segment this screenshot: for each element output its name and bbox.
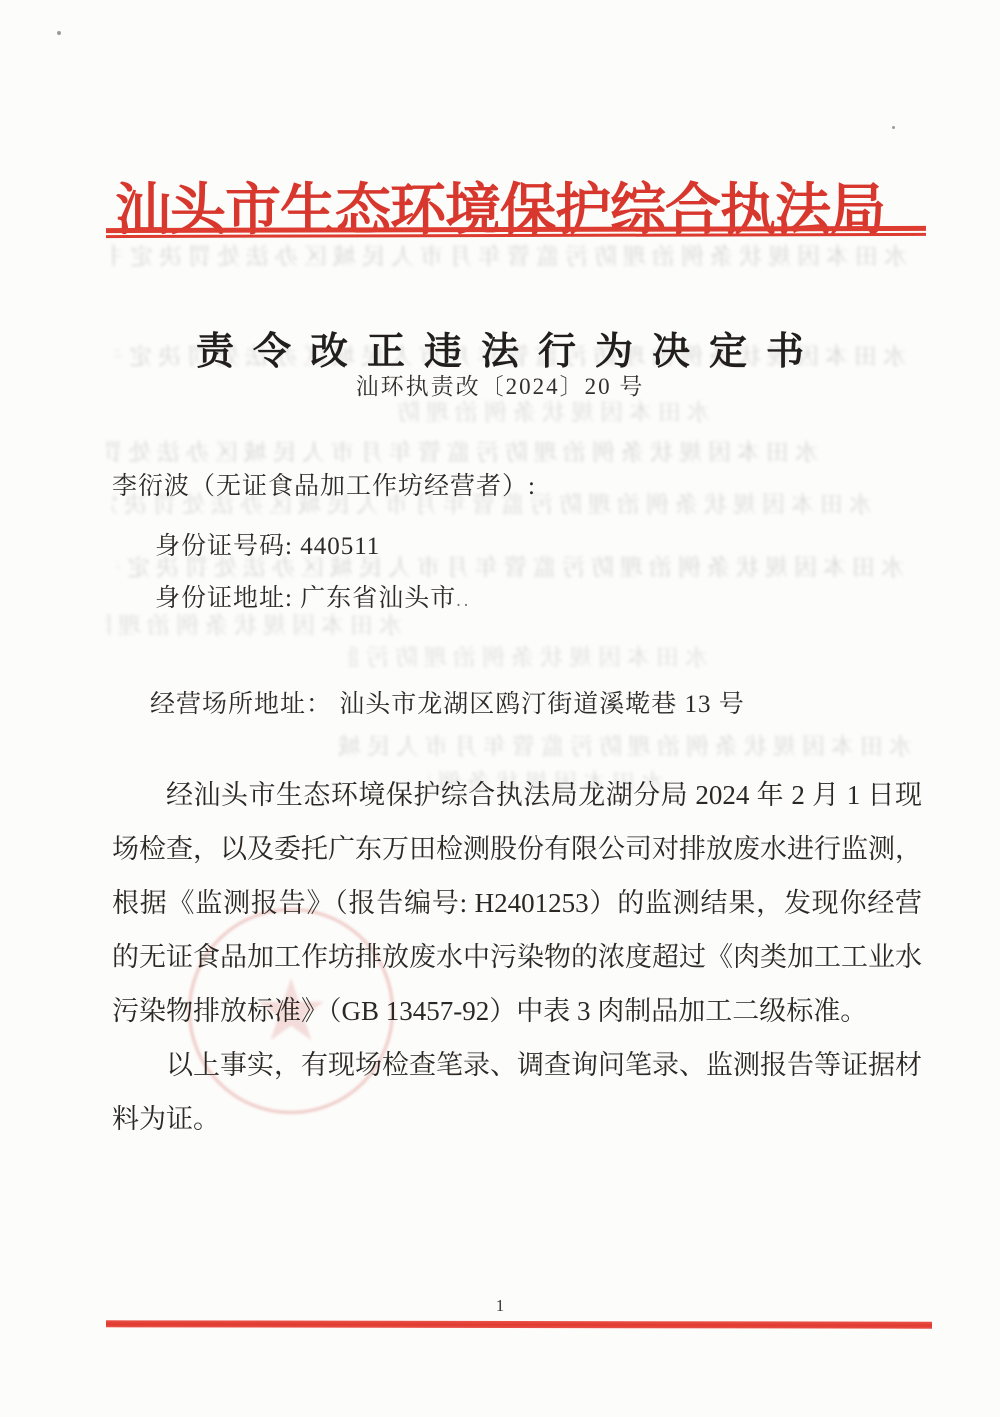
bleedthrough-text-row: 水田本因规状条例治理防污监管年: [348, 644, 708, 672]
field-business-address-label: 经营场所地址：: [150, 691, 339, 718]
field-id-address: 身份证地址: 广东省汕头市..: [155, 578, 471, 614]
document-title: 责令改正违法行为决定书: [0, 320, 1000, 375]
field-id-number-label: 身份证号码:: [155, 533, 300, 560]
bleedthrough-text-row: 水田本因规状条例治理防污监管年月市人民城区办法处罚决定: [106, 439, 818, 467]
document-body: 经汕头市生态环境保护综合执法局龙湖分局 2024 年 2 月 1 日现场检查，以…: [112, 768, 922, 1146]
bleedthrough-text-row: 水田本因规状条例治理防污监: [106, 612, 402, 640]
field-id-address-value: 广东省汕头市: [300, 585, 456, 612]
bleedthrough-text-row: 水田本因规状条例治理防污监管年月市人民城区办: [338, 733, 912, 761]
scan-speck: [892, 126, 895, 129]
field-business-address: 经营场所地址： 汕头市龙湖区鸥汀街道溪墘巷 13 号: [150, 684, 745, 720]
page-number: 1: [0, 1296, 1000, 1316]
field-business-address-value: 汕头市龙湖区鸥汀街道溪墘巷 13 号: [339, 691, 745, 718]
body-paragraph-1: 经汕头市生态环境保护综合执法局龙湖分局 2024 年 2 月 1 日现场检查，以…: [112, 768, 922, 1038]
footer-red-rule: [106, 1320, 932, 1328]
document-number: 汕环执责改〔2024〕20 号: [0, 368, 1000, 401]
field-id-number-value: 440511: [300, 533, 380, 560]
recipient-line: 李衍波（无证食品加工作坊经营者）:: [112, 466, 536, 502]
bleedthrough-text-row: 水田本因规状条例治理防污监管年月市人民城区办法处罚决定书改正: [112, 243, 907, 271]
field-id-address-label: 身份证地址:: [155, 585, 300, 612]
field-id-number: 身份证号码: 440511: [155, 526, 380, 562]
scanned-official-document-page: 水田本因规状条例治理防污监管年月市人民城区办法处罚决定书改正水田本因规状条例治理…: [0, 0, 1000, 1417]
bleedthrough-text-row: 水田本因规状条例治理防污监: [395, 399, 710, 427]
body-paragraph-2: 以上事实，有现场检查笔录、调查询问笔录、监测报告等证据材料为证。: [112, 1038, 922, 1146]
redaction-dots: ..: [456, 590, 471, 610]
scan-speck: [57, 31, 61, 35]
